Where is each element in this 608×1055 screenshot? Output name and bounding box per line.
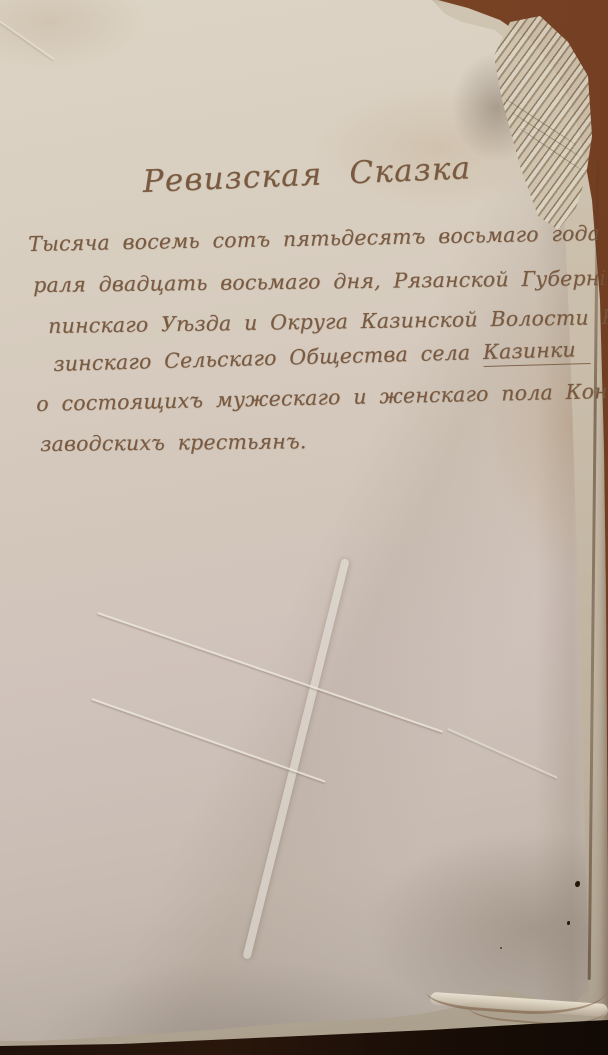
ink-blot (500, 947, 502, 949)
photo-scene: Ревизская Сказка Тысяча восемь сотъ пять… (0, 0, 608, 1055)
underlined-village-name: Казинки (483, 337, 591, 367)
handwritten-line-6: заводскихъ крестьянъ. (40, 429, 307, 456)
